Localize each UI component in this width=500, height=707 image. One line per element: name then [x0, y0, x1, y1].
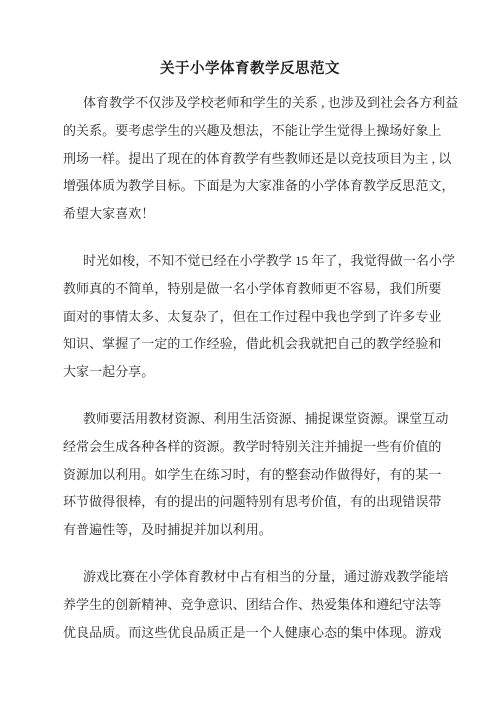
paragraph: 时光如梭，不知不觉已经在小学教学 15 年了，我觉得做一名小学教师真的不简单，特…: [63, 247, 442, 386]
text-line: 知识、掌握了一定的工作经验，借此机会我就把自己的教学经验和: [63, 330, 442, 358]
document-title: 关于小学体育教学反思范文: [0, 0, 500, 81]
text-line: 面对的事情太多、太复杂了，但在工作过程中我也学到了许多专业: [63, 303, 442, 331]
text-line: 增强体质为教学目标。下面是为大家准备的小学体育教学反思范文，: [63, 172, 442, 200]
text-line: 有普遍性等，及时捕捉并加以利用。: [63, 516, 442, 544]
text-line: 优良品质。而这些优良品质正是一个人健康心态的集中体现。游戏: [63, 619, 442, 647]
paragraph: 游戏比赛在小学体育教材中占有相当的分量，通过游戏教学能培养学生的创新精神、竞争意…: [63, 563, 442, 646]
text-line: 环节做得很棒，有的提出的问题特别有思考价值，有的出现错误带: [63, 488, 442, 516]
text-line: 养学生的创新精神、竞争意识、团结合作、热爱集体和遵纪守法等: [63, 591, 442, 619]
paragraph: 教师要活用教材资源、利用生活资源、捕捉课堂资源。课堂互动经常会生成各种各样的资源…: [63, 405, 442, 544]
text-line: 时光如梭，不知不觉已经在小学教学 15 年了，我觉得做一名小学: [63, 247, 442, 275]
text-line: 经常会生成各种各样的资源。教学时特别关注并捕捉一些有价值的: [63, 433, 442, 461]
text-line: 体育教学不仅涉及学校老师和学生的关系 , 也涉及到社会各方利益: [63, 89, 442, 117]
text-line: 教师要活用教材资源、利用生活资源、捕捉课堂资源。课堂互动: [63, 405, 442, 433]
document-page: 关于小学体育教学反思范文 体育教学不仅涉及学校老师和学生的关系 , 也涉及到社会…: [0, 0, 500, 707]
text-line: 大家一起分享。: [63, 358, 442, 386]
text-line: 教师真的不简单，特别是做一名小学体育教师更不容易，我们所要: [63, 275, 442, 303]
text-line: 资源加以利用。如学生在练习时，有的整套动作做得好，有的某一: [63, 461, 442, 489]
text-line: 希望大家喜欢！: [63, 200, 442, 228]
text-line: 刑场一样。提出了现在的体育教学有些教师还是以竞技项目为主 , 以: [63, 145, 442, 173]
document-body: 体育教学不仅涉及学校老师和学生的关系 , 也涉及到社会各方利益的关系。要考虑学生…: [63, 89, 442, 646]
text-line: 的关系。要考虑学生的兴趣及想法，不能让学生觉得上操场好象上: [63, 117, 442, 145]
paragraph: 体育教学不仅涉及学校老师和学生的关系 , 也涉及到社会各方利益的关系。要考虑学生…: [63, 89, 442, 228]
text-line: 游戏比赛在小学体育教材中占有相当的分量，通过游戏教学能培: [63, 563, 442, 591]
